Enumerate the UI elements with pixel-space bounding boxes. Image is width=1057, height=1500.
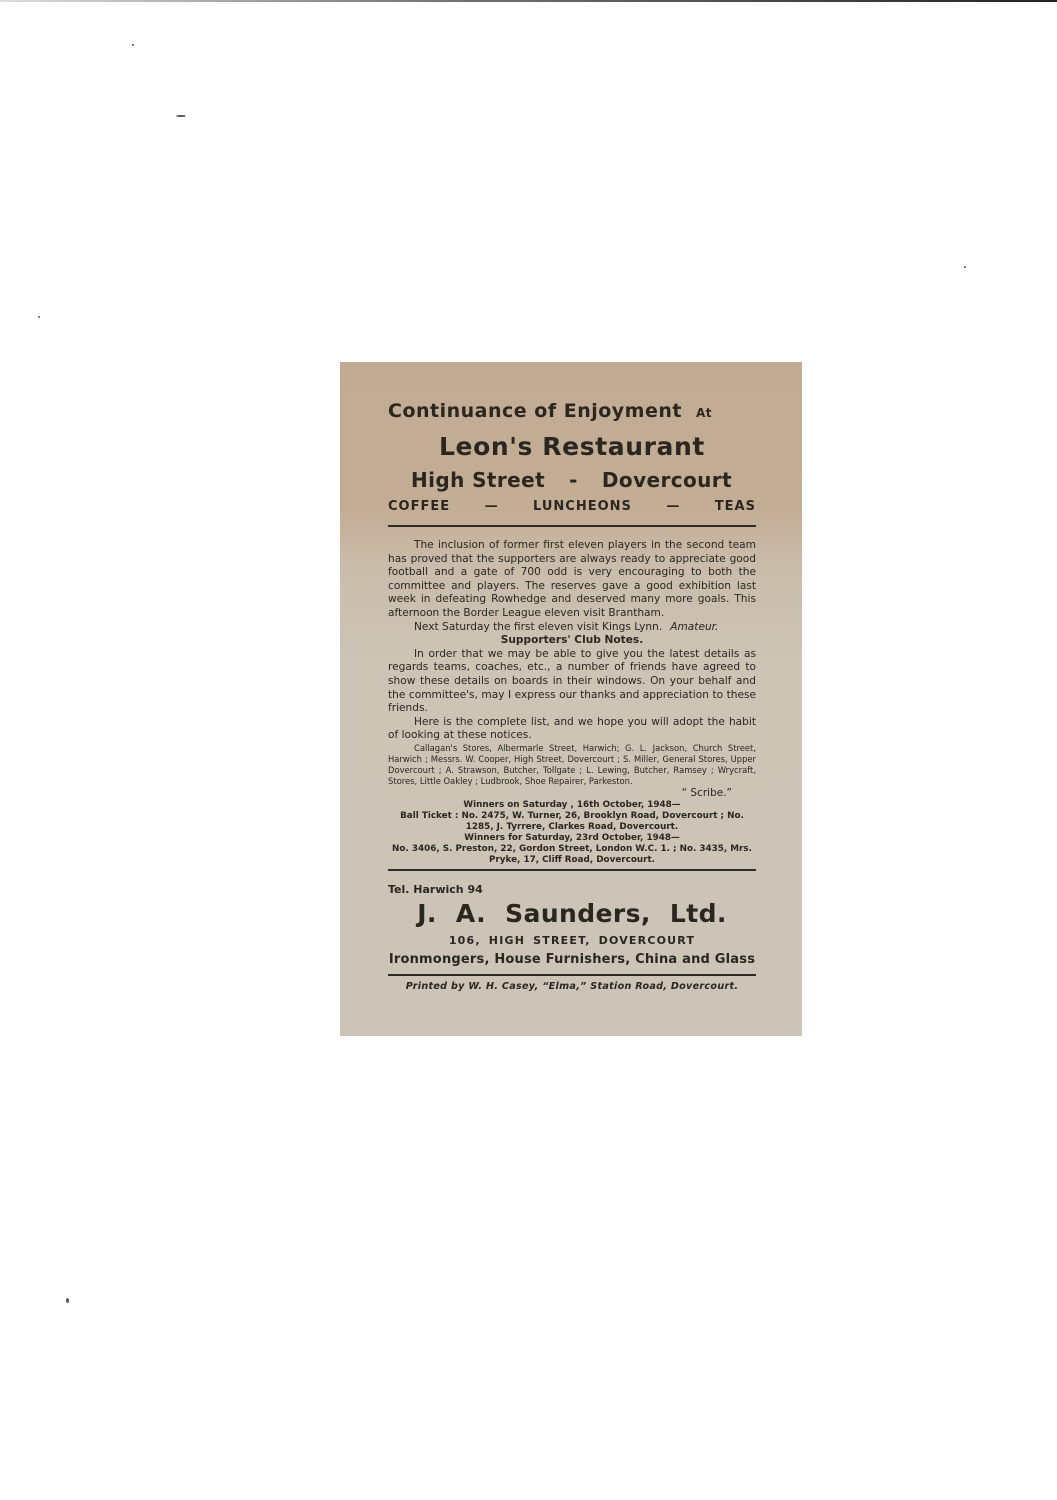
scan-speck [176, 115, 186, 117]
header-tagline: Continuance of EnjoymentAt [388, 400, 756, 422]
scan-top-edge [0, 0, 1057, 2]
report-paragraph: The inclusion of former first eleven pla… [388, 539, 756, 621]
tagline-text: Continuance of Enjoyment [388, 400, 682, 422]
offering-coffee: COFFEE [388, 499, 450, 514]
scan-speck [964, 266, 966, 268]
club-signature: “ Scribe.” [388, 787, 732, 801]
advert-firm-name: J. A. Saunders, Ltd. [388, 899, 756, 928]
scan-speck [132, 44, 134, 46]
match-report: The inclusion of former first eleven pla… [388, 539, 756, 801]
advert-telephone: Tel. Harwich 94 [388, 883, 756, 896]
club-paragraph: In order that we may be able to give you… [388, 648, 756, 716]
advert-trade: Ironmongers, House Furnishers, China and… [388, 952, 756, 967]
printer-credit: Printed by W. H. Casey, “Elma,” Station … [388, 981, 756, 992]
match-programme-page: Continuance of EnjoymentAt Leon's Restau… [340, 362, 802, 1036]
report-paragraph-next: Next Saturday the first eleven visit Kin… [388, 621, 756, 635]
offering-luncheons: LUNCHEONS [533, 499, 632, 514]
winners-line: No. 3406, S. Preston, 22, Gordon Street,… [388, 844, 756, 855]
club-paragraph: Here is the complete list, and we hope y… [388, 716, 756, 743]
winners-line: Pryke, 17, Cliff Road, Dovercourt. [388, 855, 756, 866]
ball-ticket-winners: Winners on Saturday , 16th October, 1948… [388, 800, 756, 865]
divider [388, 525, 756, 527]
divider [388, 974, 756, 976]
scan-speck [66, 1298, 69, 1303]
offering-teas: TEAS [715, 499, 756, 514]
restaurant-offerings: COFFEE — LUNCHEONS — TEAS [388, 499, 756, 514]
street: High Street [411, 468, 545, 492]
address-separator: - [569, 468, 578, 492]
winners-line: Winners on Saturday , 16th October, 1948… [388, 800, 756, 811]
advert-address: 106, HIGH STREET, DOVERCOURT [388, 934, 756, 947]
notice-board-list: Callagan's Stores, Albermarle Street, Ha… [388, 743, 756, 787]
supporters-club-title: Supporters' Club Notes. [388, 634, 756, 648]
restaurant-name: Leon's Restaurant [388, 432, 756, 461]
offering-dash: — [485, 499, 499, 514]
town: Dovercourt [602, 468, 732, 492]
scan-speck [38, 316, 40, 318]
restaurant-address: High Street - Dovercourt [388, 468, 756, 492]
winners-line: 1285, J. Tyrrere, Clarkes Road, Dovercou… [388, 822, 756, 833]
tagline-suffix: At [696, 406, 712, 420]
offering-dash: — [666, 499, 680, 514]
winners-line: Winners for Saturday, 23rd October, 1948… [388, 833, 756, 844]
divider [388, 869, 756, 871]
winners-line: Ball Ticket : No. 2475, W. Turner, 26, B… [388, 811, 756, 822]
report-signature: Amateur. [670, 621, 718, 633]
